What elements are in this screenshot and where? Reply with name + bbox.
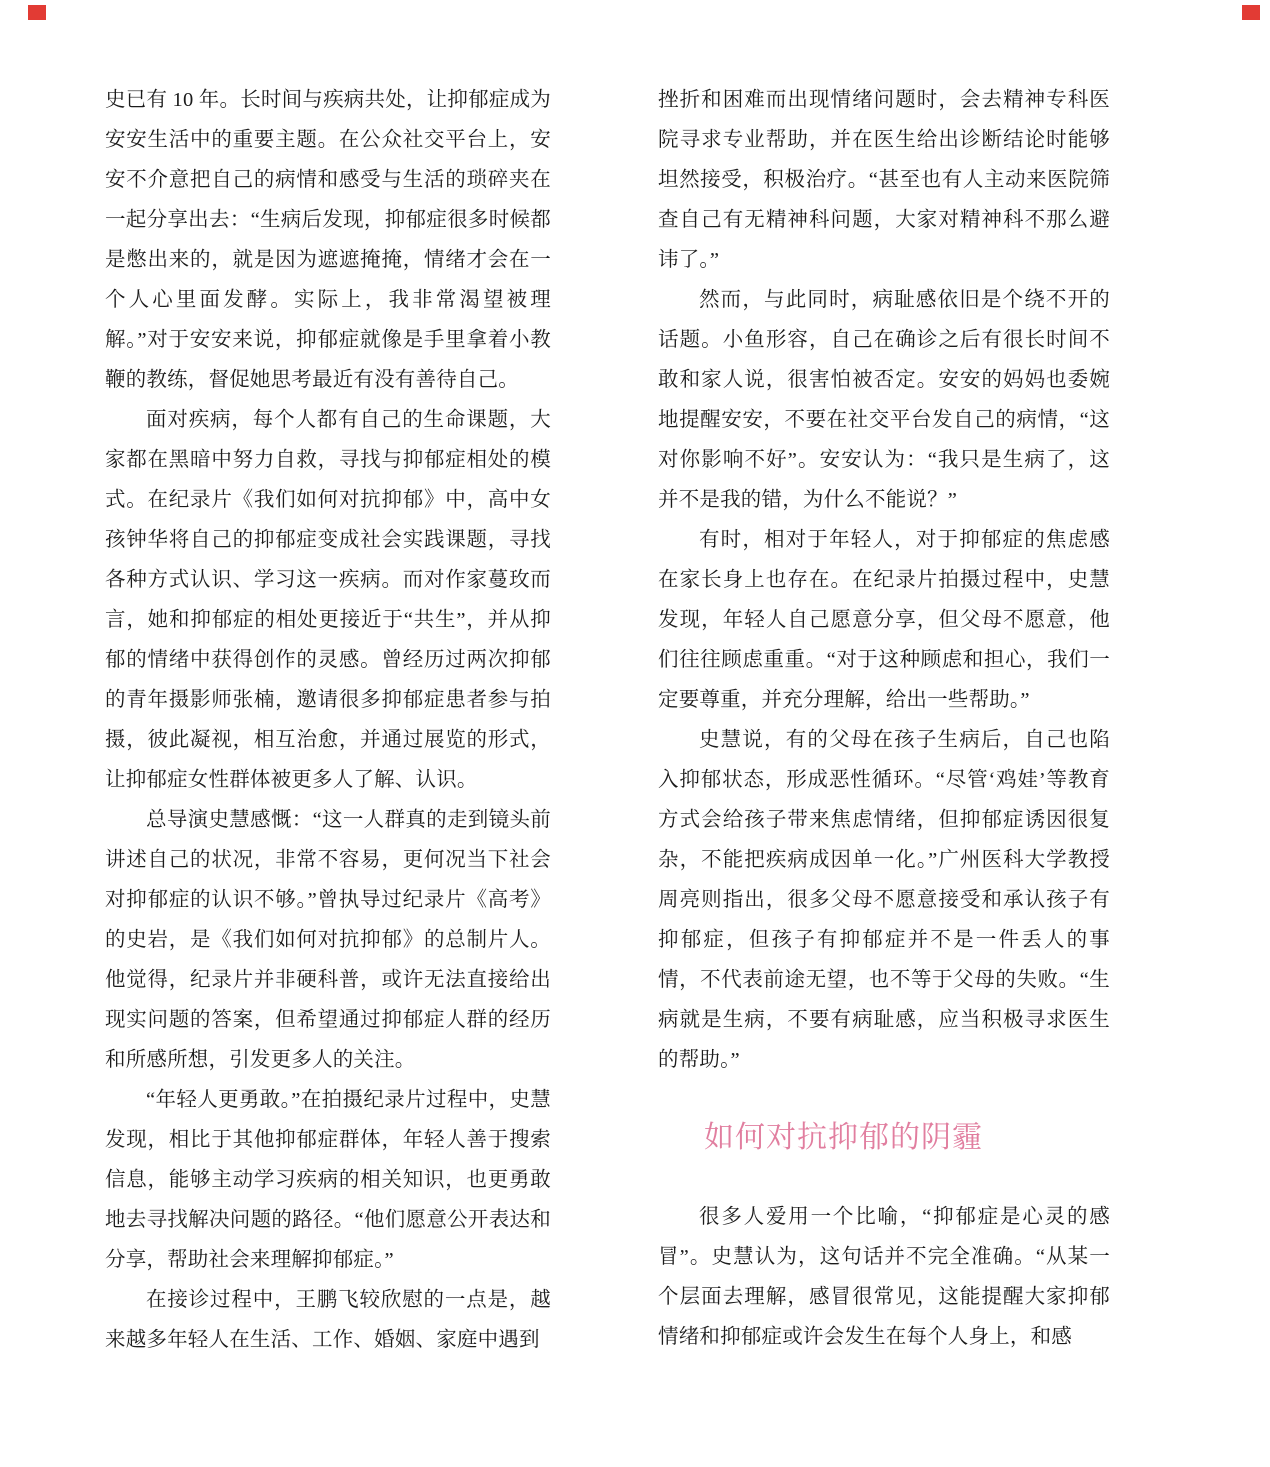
paragraph: 很多人爱用一个比喻，“抑郁症是心灵的感冒”。史慧认为，这句话并不完全准确。“从某…	[658, 1197, 1110, 1357]
paragraph: 然而，与此同时，病耻感依旧是个绕不开的话题。小鱼形容，自己在确诊之后有很长时间不…	[658, 280, 1110, 520]
left-column: 史已有 10 年。长时间与疾病共处，让抑郁症成为安安生活中的重要主题。在公众社交…	[105, 80, 551, 1360]
paragraph: 有时，相对于年轻人，对于抑郁症的焦虑感在家长身上也存在。在纪录片拍摄过程中，史慧…	[658, 520, 1110, 720]
paragraph: 在接诊过程中，王鹏飞较欣慰的一点是，越来越多年轻人在生活、工作、婚姻、家庭中遇到	[105, 1280, 551, 1360]
article-page: 史已有 10 年。长时间与疾病共处，让抑郁症成为安安生活中的重要主题。在公众社交…	[0, 0, 1270, 1467]
paragraph: 挫折和困难而出现情绪问题时，会去精神专科医院寻求专业帮助，并在医生给出诊断结论时…	[658, 80, 1110, 280]
red-corner-mark-right	[1242, 5, 1260, 20]
section-heading: 如何对抗抑郁的阴霾	[658, 1120, 1110, 1156]
paragraph: 史已有 10 年。长时间与疾病共处，让抑郁症成为安安生活中的重要主题。在公众社交…	[105, 80, 551, 400]
paragraph: “年轻人更勇敢。”在拍摄纪录片过程中，史慧发现，相比于其他抑郁症群体，年轻人善于…	[105, 1080, 551, 1280]
paragraph: 面对疾病，每个人都有自己的生命课题，大家都在黑暗中努力自救，寻找与抑郁症相处的模…	[105, 400, 551, 800]
red-corner-mark-left	[28, 5, 46, 20]
paragraph: 总导演史慧感慨：“这一人群真的走到镜头前讲述自己的状况，非常不容易，更何况当下社…	[105, 800, 551, 1080]
right-column: 挫折和困难而出现情绪问题时，会去精神专科医院寻求专业帮助，并在医生给出诊断结论时…	[658, 80, 1110, 1357]
paragraph: 史慧说，有的父母在孩子生病后，自己也陷入抑郁状态，形成恶性循环。“尽管‘鸡娃’等…	[658, 720, 1110, 1080]
